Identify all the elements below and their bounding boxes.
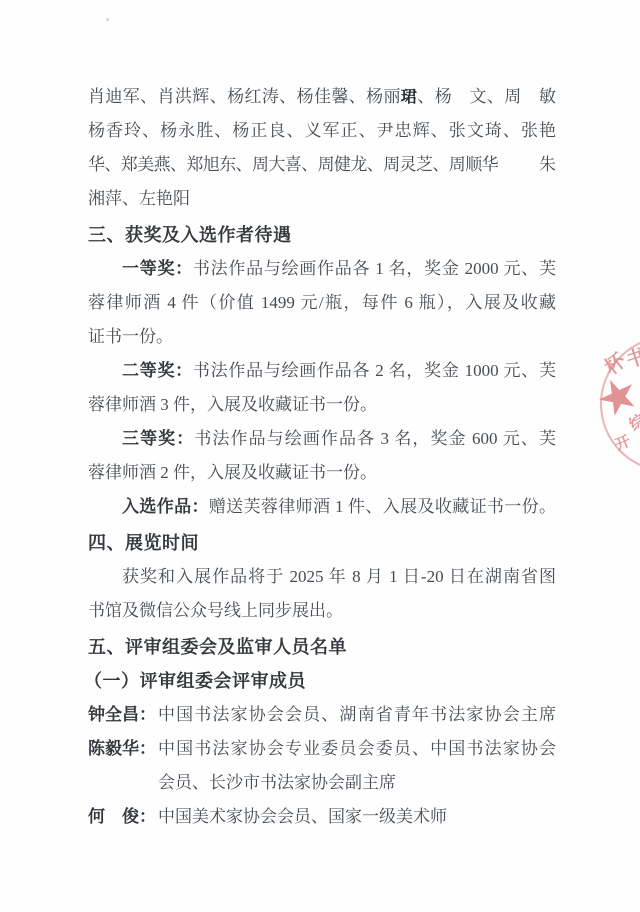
section4-heading: 四、展览时间 xyxy=(88,526,556,560)
jury-member-desc: 中国书法家协会会员、湖南省青年书法家协会主席 xyxy=(158,698,556,732)
second-prize-label: 二等奖： xyxy=(122,361,193,380)
jury-member-row: 何 俊： 中国美术家协会会员、国家一级美术师 xyxy=(88,800,556,834)
section5-subheading: （一）评审组委会评审成员 xyxy=(84,664,556,698)
jury-member-desc: 中国美术家协会会员、国家一级美术师 xyxy=(158,800,556,834)
first-prize-label: 一等奖： xyxy=(122,259,193,278)
names-line-1-emphasized-char: 珺 xyxy=(401,87,417,106)
jury-member-name: 陈毅华： xyxy=(88,732,158,766)
third-prize-label: 三等奖： xyxy=(122,429,194,448)
first-prize-line-1: 一等奖：书法作品与绘画作品各 1 名，奖金 2000 元、芙 xyxy=(88,252,556,286)
first-prize-line-3: 证书一份。 xyxy=(88,320,556,354)
scan-speck xyxy=(106,18,109,21)
selected-work-label: 入选作品： xyxy=(122,497,209,516)
jury-member-name: 钟全昌： xyxy=(88,698,158,732)
third-prize-line-1: 三等奖：书法作品与绘画作品各 3 名，奖金 600 元、芙 xyxy=(88,422,556,456)
jury-member-row: 钟全昌： 中国书法家协会会员、湖南省青年书法家协会主席 xyxy=(88,698,556,732)
section5-heading: 五、评审组委会及监审人员名单 xyxy=(88,630,556,664)
names-line-2: 杨香玲、杨永胜、杨正良、义军正、尹忠辉、张文琦、张艳 xyxy=(88,114,556,148)
third-prize-line-2: 蓉律师酒 2 件，入展及收藏证书一份。 xyxy=(88,456,556,490)
names-line-1-pre: 肖迪军、肖洪辉、杨红涛、杨佳馨、杨丽 xyxy=(88,87,401,106)
document-body: 肖迪军、肖洪辉、杨红涛、杨佳馨、杨丽珺、杨 文、周 敏 杨香玲、杨永胜、杨正良、… xyxy=(88,80,556,834)
second-prize-line-1: 二等奖：书法作品与绘画作品各 2 名，奖金 1000 元、芙 xyxy=(88,354,556,388)
selected-work-text: 赠送芙蓉律师酒 1 件、入展及收藏证书一份。 xyxy=(209,497,556,516)
jury-member-row: 陈毅华： 中国书法家协会专业委员会委员、中国书法家协会 会员、长沙市书法家协会副… xyxy=(88,732,556,800)
first-prize-line-2: 蓉律师酒 4 件（价值 1499 元/瓶，每件 6 瓶），入展及收藏 xyxy=(88,286,556,320)
selected-work-line: 入选作品：赠送芙蓉律师酒 1 件、入展及收藏证书一份。 xyxy=(88,490,556,524)
jury-member-desc-line-2: 会员、长沙市书法家协会副主席 xyxy=(158,766,556,800)
second-prize-text-1: 书法作品与绘画作品各 2 名，奖金 1000 元、芙 xyxy=(193,361,556,380)
names-line-3: 华、郑美燕、郑旭东、周大喜、周健龙、周灵芝、周顺华 朱 xyxy=(88,148,556,182)
first-prize-text-1: 书法作品与绘画作品各 1 名，奖金 2000 元、芙 xyxy=(193,259,556,278)
exhibition-line-2: 书馆及微信公众号线上同步展出。 xyxy=(88,594,556,628)
names-line-4: 湘萍、左艳阳 xyxy=(88,182,556,216)
names-line-3-left: 华、郑美燕、郑旭东、周大喜、周健龙、周灵芝、周顺华 xyxy=(88,148,498,182)
scanned-document-page: 肖迪军、肖洪辉、杨红涛、杨佳馨、杨丽珺、杨 文、周 敏 杨香玲、杨永胜、杨正良、… xyxy=(0,0,640,912)
second-prize-line-2: 蓉律师酒 3 件，入展及收藏证书一份。 xyxy=(88,388,556,422)
names-line-1-post: 、杨 文、周 敏 xyxy=(417,87,556,106)
exhibition-line-1: 获奖和入展作品将于 2025 年 8 月 1 日-20 日在湖南省图 xyxy=(88,560,556,594)
jury-member-desc-line-1: 中国书法家协会专业委员会委员、中国书法家协会 xyxy=(158,732,556,766)
jury-member-name: 何 俊： xyxy=(88,800,158,834)
red-seal-stamp: 杯 书 综 开 xyxy=(600,336,640,472)
names-line-3-right: 朱 xyxy=(539,148,556,182)
names-line-1: 肖迪军、肖洪辉、杨红涛、杨佳馨、杨丽珺、杨 文、周 敏 xyxy=(88,80,556,114)
section3-heading: 三、获奖及入选作者待遇 xyxy=(88,218,556,252)
third-prize-text-1: 书法作品与绘画作品各 3 名，奖金 600 元、芙 xyxy=(194,429,556,448)
